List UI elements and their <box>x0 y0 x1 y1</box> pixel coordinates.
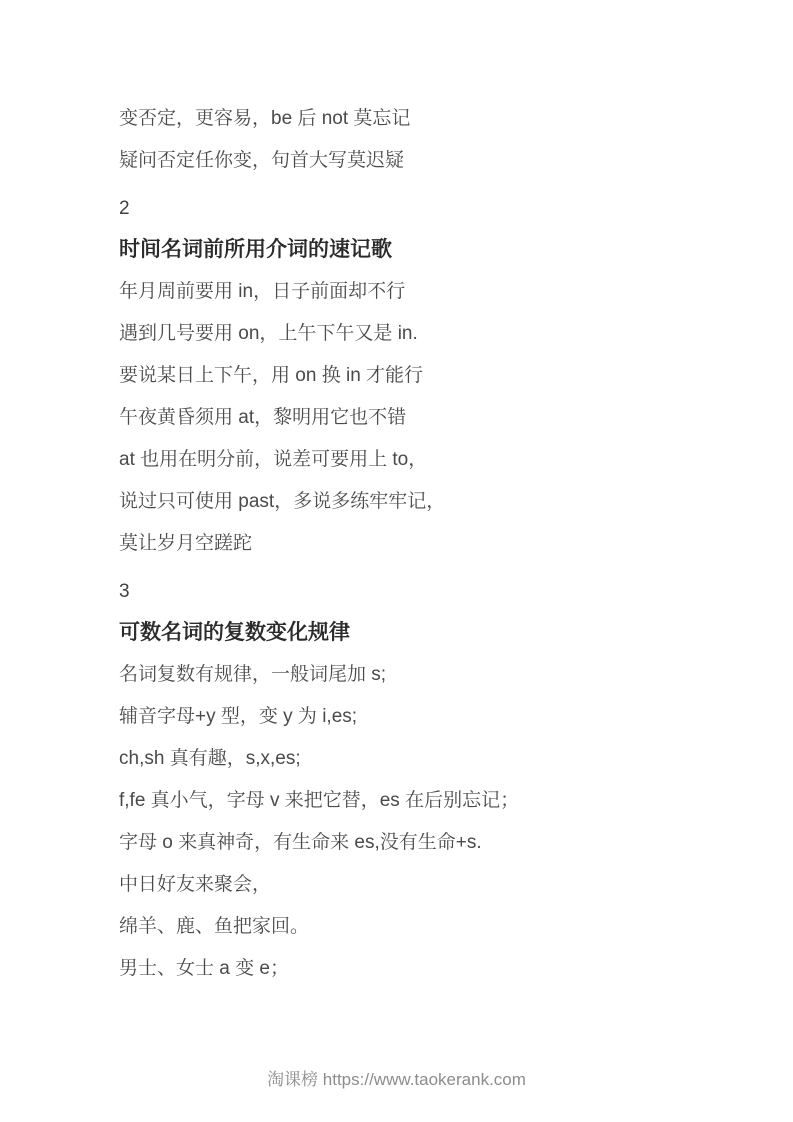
text-line: ch,sh 真有趣，s,x,es; <box>119 748 703 770</box>
text-line: 字母 o 来真神奇，有生命来 es,没有生命+s. <box>119 832 703 854</box>
document-page: 变否定，更容易，be 后 not 莫忘记 疑问否定任你变，句首大写莫迟疑 2 时… <box>0 0 793 1122</box>
text-line: 男士、女士 a 变 e； <box>119 958 703 980</box>
footer-site-url: 淘课榜 https://www.taokerank.com <box>267 1070 526 1089</box>
text-line: 午夜黄昏须用 at，黎明用它也不错 <box>119 407 703 429</box>
document-content: 变否定，更容易，be 后 not 莫忘记 疑问否定任你变，句首大写莫迟疑 2 时… <box>0 0 793 980</box>
section-heading: 可数名词的复数变化规律 <box>119 621 703 645</box>
section-number: 3 <box>119 581 703 603</box>
text-line: at 也用在明分前，说差可要用上 to， <box>119 449 703 471</box>
text-line: 辅音字母+y 型，变 y 为 i,es; <box>119 706 703 728</box>
text-line: 变否定，更容易，be 后 not 莫忘记 <box>119 108 703 130</box>
page-footer: 淘课榜 https://www.taokerank.com <box>0 1069 793 1091</box>
text-line: f,fe 真小气，字母 v 来把它替，es 在后别忘记； <box>119 790 703 812</box>
text-line: 年月周前要用 in，日子前面却不行 <box>119 281 703 303</box>
text-line: 绵羊、鹿、鱼把家回。 <box>119 916 703 938</box>
text-line: 名词复数有规律，一般词尾加 s; <box>119 664 703 686</box>
text-line: 说过只可使用 past，多说多练牢牢记， <box>119 491 703 513</box>
text-line: 疑问否定任你变，句首大写莫迟疑 <box>119 150 703 172</box>
section-number: 2 <box>119 198 703 220</box>
text-line: 中日好友来聚会， <box>119 874 703 896</box>
text-line: 莫让岁月空蹉跎 <box>119 533 703 555</box>
section-heading: 时间名词前所用介词的速记歌 <box>119 238 703 262</box>
text-line: 遇到几号要用 on，上午下午又是 in. <box>119 323 703 345</box>
text-line: 要说某日上下午，用 on 换 in 才能行 <box>119 365 703 387</box>
